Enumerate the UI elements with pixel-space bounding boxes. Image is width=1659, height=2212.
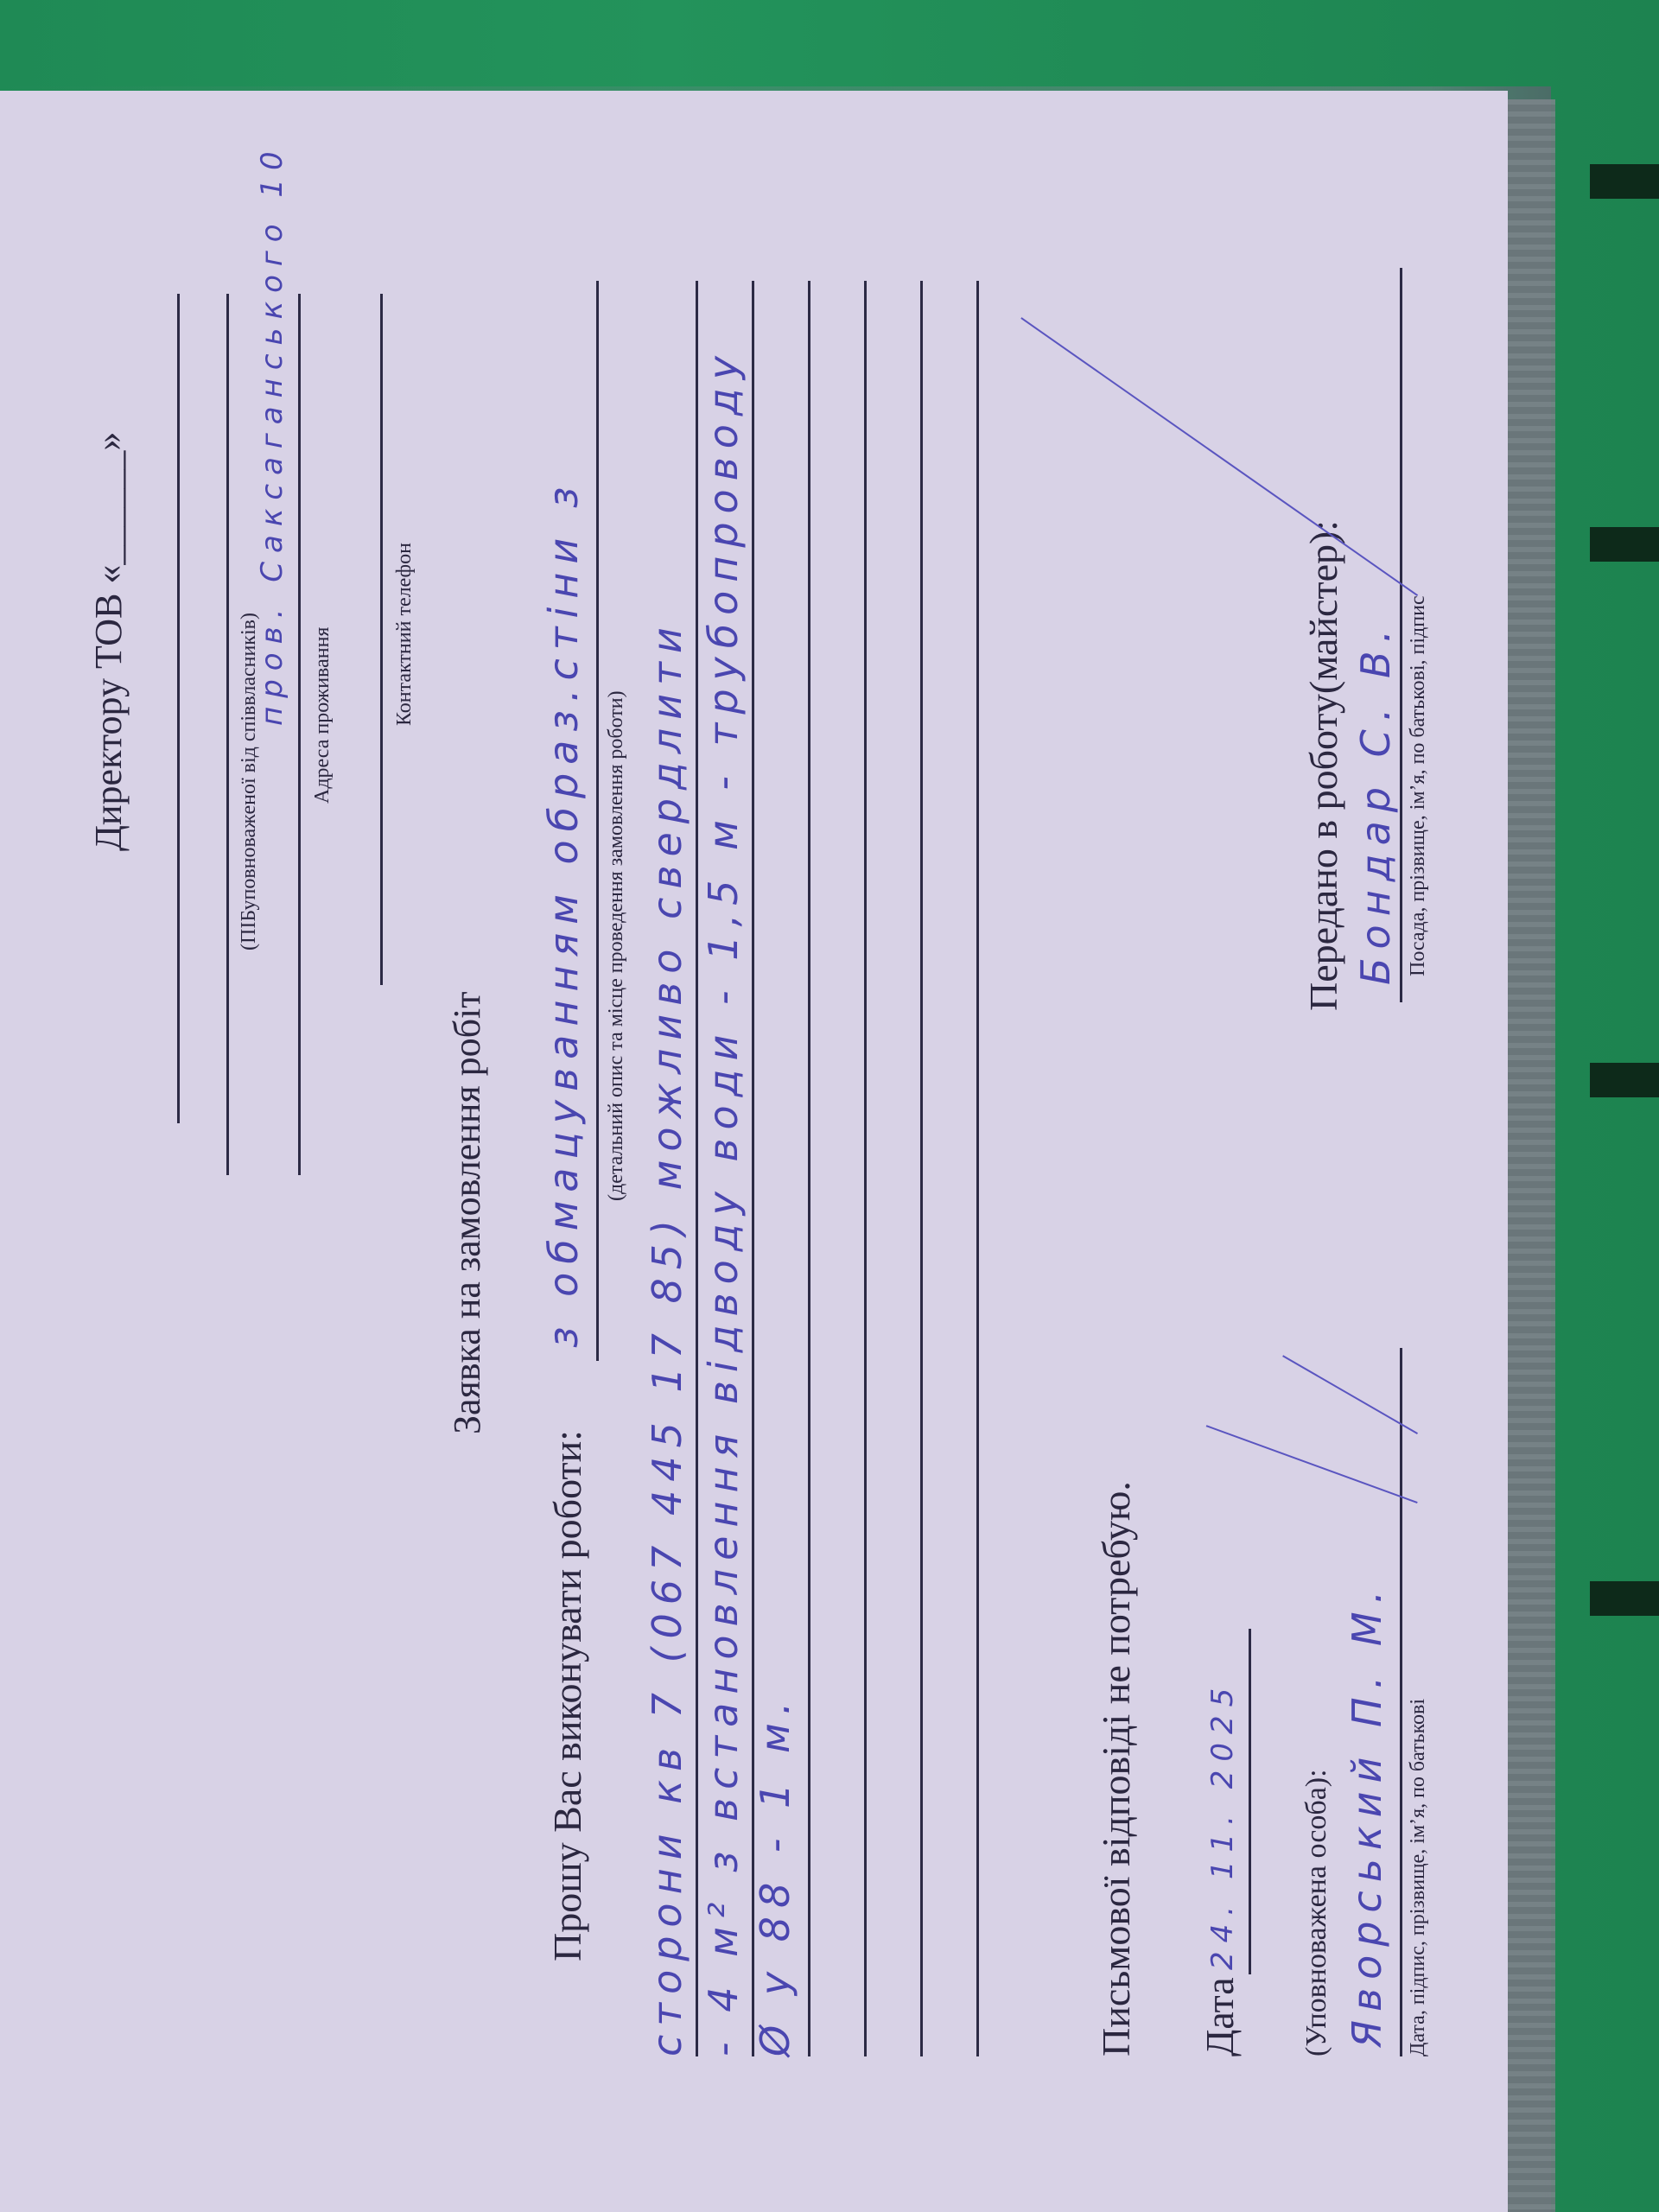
description-line-2 [696,281,698,2056]
handwritten-line-3: - 4 м² з встановлення відводу води - 1,5… [700,347,747,2056]
authorized-label: (Уповноважена особа): [1300,1769,1333,2056]
handwritten-line-2: сторони кв 7 (067 445 17 85) можливо све… [644,619,690,2056]
phone-caption: Контактний телефон [393,543,416,726]
request-label: Прошу Вас виконувати роботи: [544,1430,590,1961]
master-name: Бондар С. В. [1352,621,1399,985]
description-line-7 [976,281,979,2056]
form-title: Заявка на замовлення робіт [445,991,489,1434]
work-order-form: Директору ТОВ «______» (ПІБуповноваженої… [0,91,1508,2212]
description-line-4 [808,281,810,2056]
authorized-caption: Дата, підпис, прізвище, ім’я, по батьков… [1407,1699,1430,2056]
handed-label: Передано в роботу(майстер): [1300,520,1346,1011]
address-value: пров. Саксаганського 10 [255,143,289,726]
date-line [1249,1629,1251,1974]
date-value: 24. 11. 2025 [1205,1680,1240,1970]
sleeve-perforated-edge [1508,99,1555,2212]
address-line [298,294,301,1175]
master-line [1400,268,1402,1002]
description-line-1 [596,281,599,1361]
description-caption: (детальний опис та місце проведення замо… [605,690,628,1201]
address-caption: Адреса проживання [311,627,334,804]
description-line-5 [864,281,867,2056]
date-label: Дата [1197,1977,1243,2056]
no-written-reply: Письмової відповіді не потребую. [1093,1481,1139,2056]
owner-name-line-2 [226,294,229,1175]
phone-line [380,294,383,985]
director-label: Директору ТОВ «______» [86,432,130,851]
handwritten-line-1: з обмацуванням образ.стіни з [540,479,587,1348]
handwritten-line-4: Ø у 88 - 1 м. [752,1694,798,2056]
description-line-6 [920,281,923,2056]
authorized-name: Яворський П. М. [1344,1582,1390,2048]
master-caption: Посада, прізвище, ім’я, по батькові, під… [1407,595,1430,976]
owner-name-line [177,294,180,1123]
authorized-line [1400,1348,1402,2056]
